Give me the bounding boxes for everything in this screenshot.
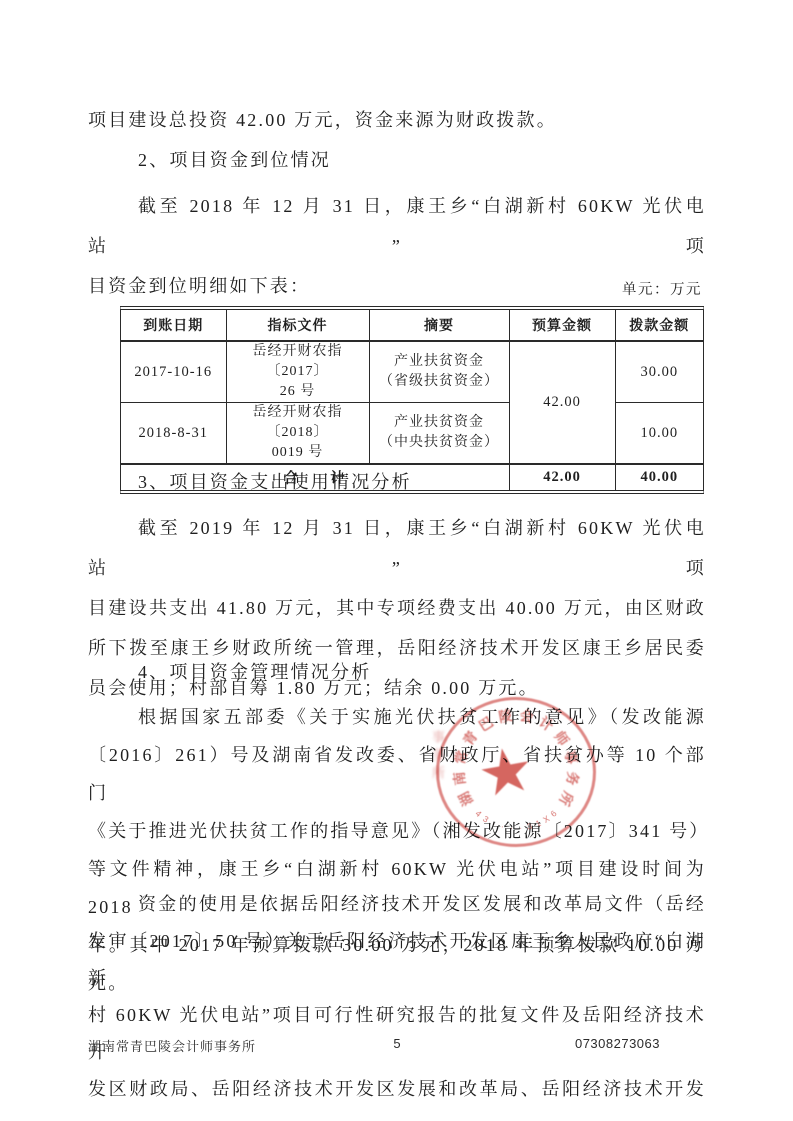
cell-doc-1: 岳经开财农指〔2017〕 26 号 xyxy=(226,341,369,403)
text-line: 发区财政局、岳阳经济技术开发区发展和改革局、岳阳经济技术开发 xyxy=(88,1071,706,1108)
cell-doc-2: 岳经开财农指〔2018〕 0019 号 xyxy=(226,403,369,465)
text-line: 发审〔2017〕50 号）关于岳阳经济技术开发区康王乡人民政府“白湖新 xyxy=(88,923,706,997)
text-line: 目资金到位明细如下表： xyxy=(88,266,706,306)
paragraph-usage-basis: 资金的使用是依据岳阳经济技术开发区发展和改革局文件（岳经发审〔2017〕50 号… xyxy=(88,886,706,1108)
footer-phone-number: 07308273063 xyxy=(575,1036,660,1051)
cell-amount-1: 30.00 xyxy=(615,341,703,403)
col-header-date: 到账日期 xyxy=(121,310,226,341)
text-line: 截至 2018 年 12 月 31 日，康王乡“白湖新村 60KW 光伏电站”项 xyxy=(88,186,706,266)
text-line: 村 60KW 光伏电站”项目可行性研究报告的批复文件及岳阳经济技术开 xyxy=(88,997,706,1071)
text-line: 截至 2019 年 12 月 31 日，康王乡“白湖新村 60KW 光伏电站”项 xyxy=(88,508,706,588)
summary-line: （中央扶贫资金） xyxy=(370,433,509,453)
section-heading-3: 3、项目资金支出使用情况分析 xyxy=(88,462,706,502)
footer-page-number: 5 xyxy=(393,1036,400,1051)
summary-line: 产业扶贫资金 xyxy=(370,413,509,433)
text-line: 资金的使用是依据岳阳经济技术开发区发展和改革局文件（岳经 xyxy=(88,886,706,923)
section-heading-2: 2、项目资金到位情况 xyxy=(88,140,706,180)
text-line: 3、项目资金支出使用情况分析 xyxy=(88,462,706,502)
col-header-doc: 指标文件 xyxy=(226,310,369,341)
col-header-budget: 预算金额 xyxy=(509,310,615,341)
cell-summary-1: 产业扶贫资金 （省级扶贫资金） xyxy=(369,341,509,403)
cell-summary-2: 产业扶贫资金 （中央扶贫资金） xyxy=(369,403,509,465)
cell-amount-2: 10.00 xyxy=(615,403,703,465)
doc-line: 岳经开财农指〔2018〕 xyxy=(227,403,369,443)
table-unit-label: 单元：万元 xyxy=(622,278,702,299)
text-line: 根据国家五部委《关于实施光伏扶贫工作的意见》（发改能源 xyxy=(88,698,706,736)
table-header-row: 到账日期 指标文件 摘要 预算金额 拨款金额 xyxy=(121,310,703,341)
text-line: 目建设共支出 41.80 万元，其中专项经费支出 40.00 万元，由区财政 xyxy=(88,588,706,628)
doc-line: 26 号 xyxy=(227,382,369,402)
doc-line: 岳经开财农指〔2017〕 xyxy=(227,342,369,382)
table-row: 2017-10-16 岳经开财农指〔2017〕 26 号 产业扶贫资金 （省级扶… xyxy=(121,341,703,403)
paragraph-carryover: 项目建设总投资 42.00 万元，资金来源为财政拨款。 xyxy=(88,100,706,140)
summary-line: 产业扶贫资金 xyxy=(370,352,509,372)
text-line: 〔2016〕261）号及湖南省发改委、省财政厅、省扶贫办等 10 个部门 xyxy=(88,736,706,812)
text-line: 2、项目资金到位情况 xyxy=(88,140,706,180)
col-header-summary: 摘要 xyxy=(369,310,509,341)
summary-line: （省级扶贫资金） xyxy=(370,372,509,392)
text-line: 4、项目资金管理情况分析 xyxy=(88,652,706,692)
cell-date-2: 2018-8-31 xyxy=(121,403,226,465)
text-line: 项目建设总投资 42.00 万元，资金来源为财政拨款。 xyxy=(88,100,706,140)
footer-firm-name: 湖南常青巴陵会计师事务所 xyxy=(88,1036,256,1055)
text-line: 《关于推进光伏扶贫工作的指导意见》（湘发改能源〔2017〕341 号） xyxy=(88,812,706,850)
section-heading-4: 4、项目资金管理情况分析 xyxy=(88,652,706,692)
col-header-amount: 拨款金额 xyxy=(615,310,703,341)
cell-date-1: 2017-10-16 xyxy=(121,341,226,403)
table-row: 2018-8-31 岳经开财农指〔2018〕 0019 号 产业扶贫资金 （中央… xyxy=(121,403,703,465)
paragraph-funds-arrival: 截至 2018 年 12 月 31 日，康王乡“白湖新村 60KW 光伏电站”项… xyxy=(88,186,706,306)
document-page: 项目建设总投资 42.00 万元，资金来源为财政拨款。 2、项目资金到位情况 截… xyxy=(0,0,793,1121)
doc-line: 0019 号 xyxy=(227,443,369,463)
cell-budget-merged: 42.00 xyxy=(509,341,615,464)
page-footer: 湖南常青巴陵会计师事务所 5 07308273063 xyxy=(88,1036,706,1056)
